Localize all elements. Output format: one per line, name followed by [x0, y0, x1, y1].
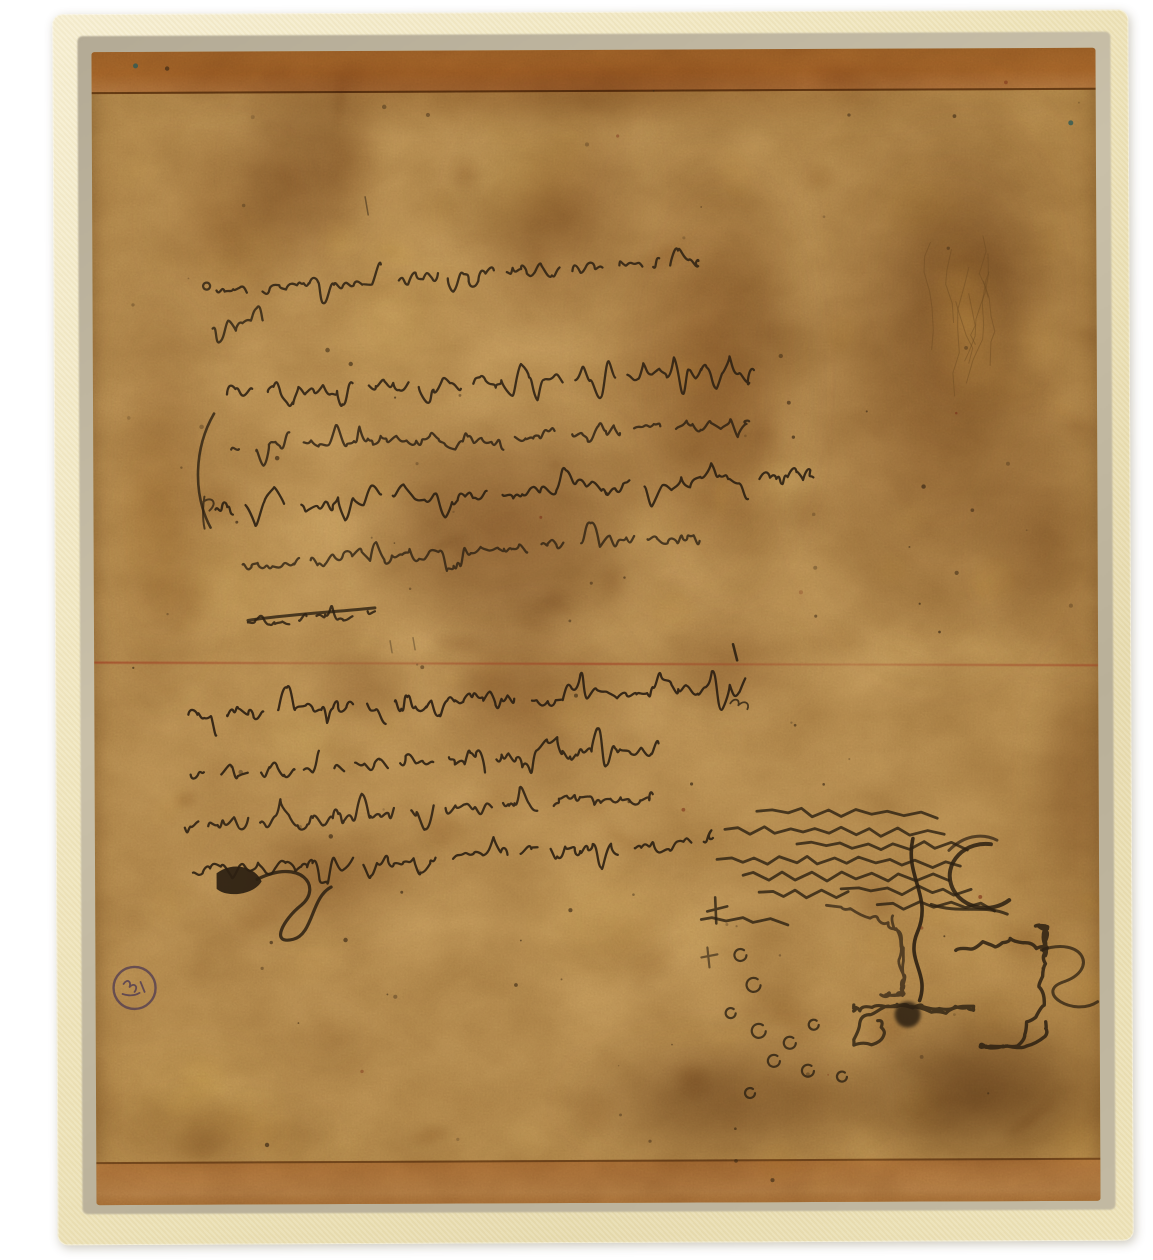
manuscript-artifact: [0, 0, 1153, 1260]
manuscript-sheet: [91, 48, 1100, 1205]
scan-background: [0, 0, 1153, 1260]
grain-texture: [91, 48, 1100, 1205]
